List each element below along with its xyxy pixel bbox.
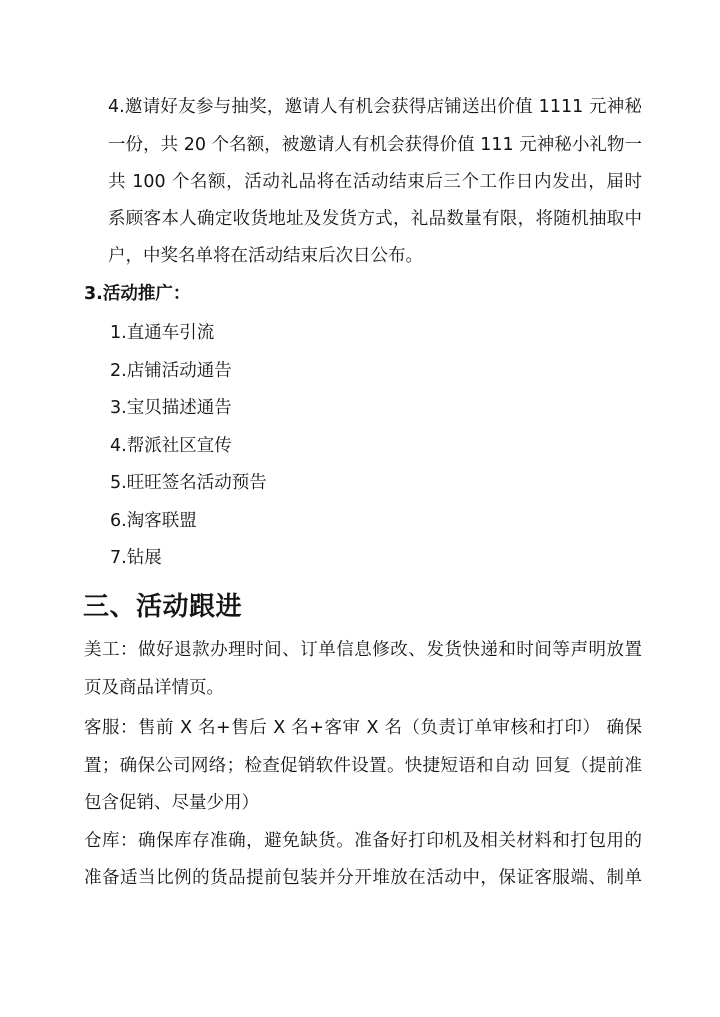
promotion-heading: 3.活动推广： (84, 282, 190, 306)
paragraph-line: 系顾客本人确定收货地址及发货方式，礼品数量有限，将随机抽取中奖客 (108, 207, 642, 231)
paragraph-line: 户，中奖名单将在活动结束后次日公布。 (108, 244, 423, 268)
paragraph-line: 4.邀请好友参与抽奖，邀请人有机会获得店铺送出价值 1111 元神秘礼物 (108, 95, 642, 119)
section-heading: 三、活动跟进 (83, 590, 242, 624)
list-item: 1.直通车引流 (110, 321, 214, 345)
paragraph-line: 共 100 个名额，活动礼品将在活动结束后三个工作日内发出，届时会联 (108, 170, 642, 194)
list-item: 5.旺旺签名活动预告 (110, 471, 267, 495)
paragraph-line: 仓库：确保库存准确，避免缺货。准备好打印机及相关材料和打包用的材料。 (84, 829, 642, 853)
paragraph-line: 美工：做好退款办理时间、订单信息修改、发货快递和时间等声明放置在首 (84, 638, 642, 662)
paragraph-line: 客服：售前 X 名+售后 X 名+客审 X 名（负责订单审核和打印） 确保电脑配 (84, 716, 642, 740)
list-item: 3.宝贝描述通告 (110, 396, 232, 420)
paragraph-line: 页及商品详情页。 (84, 676, 224, 700)
document-page: 4.邀请好友参与抽奖，邀请人有机会获得店铺送出价值 1111 元神秘礼物 一份，… (0, 0, 720, 1017)
paragraph-line: 一份，共 20 个名额，被邀请人有机会获得价值 111 元神秘小礼物一份， (108, 133, 642, 157)
list-item: 2.店铺活动通告 (110, 359, 232, 383)
paragraph-line: 包含促销、尽量少用） (84, 791, 259, 815)
paragraph-line: 准备适当比例的货品提前包装并分开堆放在活动中，保证客服端、制单员、 (84, 866, 642, 890)
paragraph-line: 置；确保公司网络；检查促销软件设置。快捷短语和自动 回复（提前准备、 (84, 754, 642, 778)
list-item: 7.钻展 (110, 546, 162, 570)
list-item: 6.淘客联盟 (110, 509, 197, 533)
list-item: 4.帮派社区宣传 (110, 434, 232, 458)
